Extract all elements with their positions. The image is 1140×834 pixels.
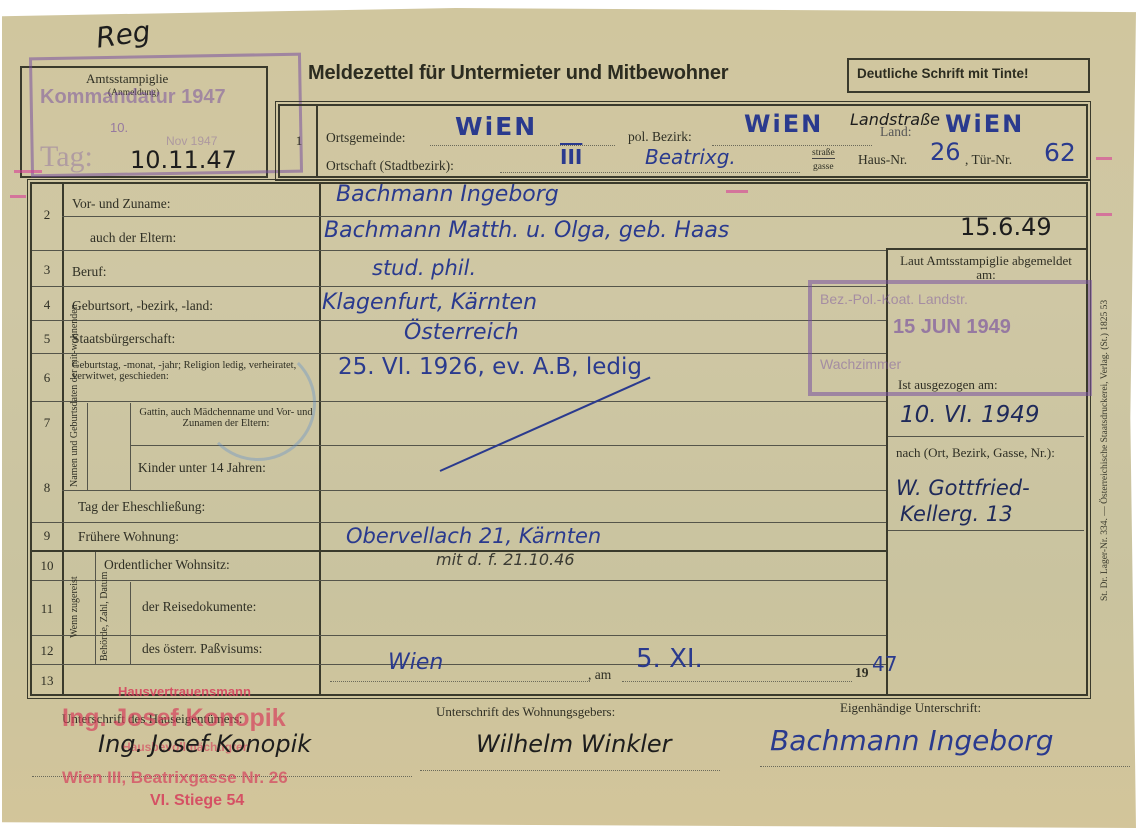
label-passport-visa: des österr. Paßvisums: — [142, 641, 262, 657]
value-name: Bachmann Ingeborg — [336, 182, 559, 207]
landlord-signature-line — [420, 770, 720, 771]
number-column-divider — [62, 184, 64, 694]
label-parents: auch der Eltern: — [90, 230, 176, 246]
row-number-5: 5 — [32, 331, 62, 347]
owner-stamp-line1: Hausvertrauensmann — [118, 684, 251, 699]
departure-rule-1 — [888, 436, 1084, 437]
group-label-zugereist: Wenn zugereist — [70, 555, 92, 660]
value-profession: stud. phil. — [372, 256, 476, 280]
owner-stamp-line5: VI. Stiege 54 — [150, 792, 244, 810]
bezirk-line — [712, 145, 872, 146]
tuer-label: , Tür-Nr. — [965, 152, 1012, 168]
strasse-value: Beatrixg. — [645, 145, 736, 169]
label-nach: nach (Ort, Bezirk, Gasse, Nr.): — [896, 445, 1081, 461]
departure-stamp-line3: Wachzimmer — [820, 356, 901, 372]
row-number-6: 6 — [32, 370, 62, 386]
rule-12 — [32, 664, 886, 665]
owner-stamp-line2: Ing. Josef Konopik — [62, 704, 286, 733]
violet-stamp-text: Kommandatur 1947 — [40, 86, 226, 109]
group-behoerde-divider — [130, 582, 131, 664]
row1-divider — [316, 106, 318, 176]
land-value: WiEN — [945, 110, 1024, 138]
row-number-4: 4 — [32, 297, 62, 313]
departure-stamp-date: 15 JUN 1949 — [893, 316, 1011, 339]
owner-signature: Ing. Josef Konopik — [98, 730, 311, 758]
strasse-label-top: straße — [812, 148, 835, 159]
label-birthplace: Geburtsort, -bezirk, -land: — [72, 298, 213, 314]
pink-mark — [14, 170, 42, 173]
row-number-13: 13 — [32, 673, 62, 689]
row-number-3: 3 — [32, 262, 62, 278]
value-ausgezogen: 10. VI. 1949 — [900, 402, 1040, 428]
pink-mark — [10, 195, 26, 198]
self-signature-line — [760, 766, 1130, 767]
row-number-1: 1 — [284, 133, 314, 149]
haus-value: 26 — [930, 138, 961, 166]
rule-2 — [32, 250, 886, 251]
pink-mark — [726, 190, 748, 193]
pink-mark — [1096, 213, 1112, 216]
year-suffix: 47 — [872, 652, 897, 676]
label-name: Vor- und Zuname: — [72, 196, 170, 212]
stamp-box-label: Amtsstampiglie — [86, 71, 168, 87]
value-nach-line1: W. Gottfried- — [896, 476, 1030, 500]
value-date: 5. XI. — [636, 644, 703, 674]
label-abgemeldet: Laut Amtsstampiglie abgemeldet am: — [896, 254, 1076, 282]
departure-box-top — [886, 248, 1086, 250]
group-zugereist-divider — [95, 552, 96, 664]
self-signature: Bachmann Ingeborg — [770, 724, 1054, 757]
row-number-2: 2 — [32, 207, 62, 223]
departure-stamp-line1: Bez.-Pol.-Koat. Landstr. — [820, 291, 968, 307]
value-birthdate-religion-status: 25. VI. 1926, ev. A.B, ledig — [338, 354, 642, 380]
registration-date-handwritten: 10.11.47 — [130, 146, 237, 174]
haus-label: Haus-Nr. — [858, 152, 907, 168]
violet-stamp-day: 10. — [110, 120, 128, 135]
label-column-divider — [319, 184, 321, 694]
ortschaft-line — [500, 172, 800, 173]
ortschaft-value: III — [560, 145, 582, 169]
value-nach-line2: Kellerg. 13 — [900, 502, 1013, 526]
ortsgemeinde-value: WiEN — [455, 112, 537, 141]
date-line — [622, 681, 852, 682]
printer-imprint: St. Dr. Lager-Nr. 334. — Österreichische… — [1100, 215, 1114, 685]
rule-10 — [32, 580, 886, 581]
ortsgemeinde-label: Ortsgemeinde: — [326, 130, 405, 146]
rule-11 — [32, 635, 886, 636]
rule-6 — [32, 401, 886, 402]
rule-8b — [32, 522, 886, 523]
landlord-signature: Wilhelm Winkler — [476, 730, 672, 758]
label-travel-documents: der Reisedokumente: — [142, 599, 256, 615]
am-label: , am — [588, 667, 611, 683]
label-residence: Ordentlicher Wohnsitz: — [104, 557, 230, 573]
group-label-behoerde: Behörde, Zahl, Datum — [100, 585, 126, 661]
value-parents: Bachmann Matth. u. Olga, geb. Haas — [324, 218, 729, 243]
form-title: Meldezettel für Untermieter und Mitbewoh… — [308, 62, 728, 85]
land-scribble: Landstraße — [850, 110, 940, 129]
faded-blue-ink-swirl — [200, 345, 316, 461]
value-residence-note: mit d. f. 21.10.46 — [436, 550, 575, 569]
row-number-8: 8 — [32, 480, 62, 496]
label-ausgezogen: Ist ausgezogen am: — [898, 377, 998, 393]
row-number-7: 7 — [32, 415, 62, 431]
violet-stamp-tag: Tag: — [40, 140, 93, 174]
group-mitwohnende-divider-b — [130, 403, 131, 490]
row-number-11: 11 — [32, 601, 62, 617]
group-label-mitwohnende: Namen und Geburtsdaten der mit-wohnenden — [70, 405, 125, 487]
value-previous-residence: Obervellach 21, Kärnten — [346, 524, 601, 548]
departure-rule-2 — [888, 530, 1084, 531]
label-citizenship: Staatsbürgerschaft: — [72, 331, 175, 347]
value-citizenship: Österreich — [404, 320, 519, 345]
rule-8 — [62, 490, 886, 491]
ortschaft-label: Ortschaft (Stadtbezirk): — [326, 158, 454, 174]
ink-notice: Deutliche Schrift mit Tinte! — [857, 66, 1029, 81]
ortsgemeinde-line — [430, 145, 615, 146]
year-prefix: 19 — [855, 665, 869, 681]
label-previous-residence: Frühere Wohnung: — [78, 529, 179, 545]
bezirk-label: pol. Bezirk: — [628, 129, 692, 145]
owner-stamp-line4: Wien III, Beatrixgasse Nr. 26 — [62, 768, 288, 788]
label-marriage-date: Tag der Eheschließung: — [78, 499, 205, 515]
value-birthplace: Klagenfurt, Kärnten — [322, 290, 537, 315]
row-number-10: 10 — [32, 558, 62, 574]
pink-mark — [1096, 157, 1112, 160]
place-line — [330, 681, 590, 682]
strasse-label-bottom: gasse — [813, 162, 834, 172]
rule-3 — [32, 286, 886, 287]
bezirk-value: WiEN — [744, 110, 823, 138]
value-place: Wien — [388, 650, 443, 675]
row-number-12: 12 — [32, 643, 62, 659]
self-signature-label: Eigenhändige Unterschrift: — [840, 700, 981, 716]
label-profession: Beruf: — [72, 264, 107, 280]
rule-2a — [62, 216, 1086, 217]
tuer-value: 62 — [1044, 138, 1076, 167]
row-number-9: 9 — [32, 528, 62, 544]
label-children: Kinder unter 14 Jahren: — [138, 460, 266, 476]
departure-date-top: 15.6.49 — [960, 213, 1052, 241]
landlord-signature-label: Unterschrift des Wohnungsgebers: — [436, 704, 615, 720]
